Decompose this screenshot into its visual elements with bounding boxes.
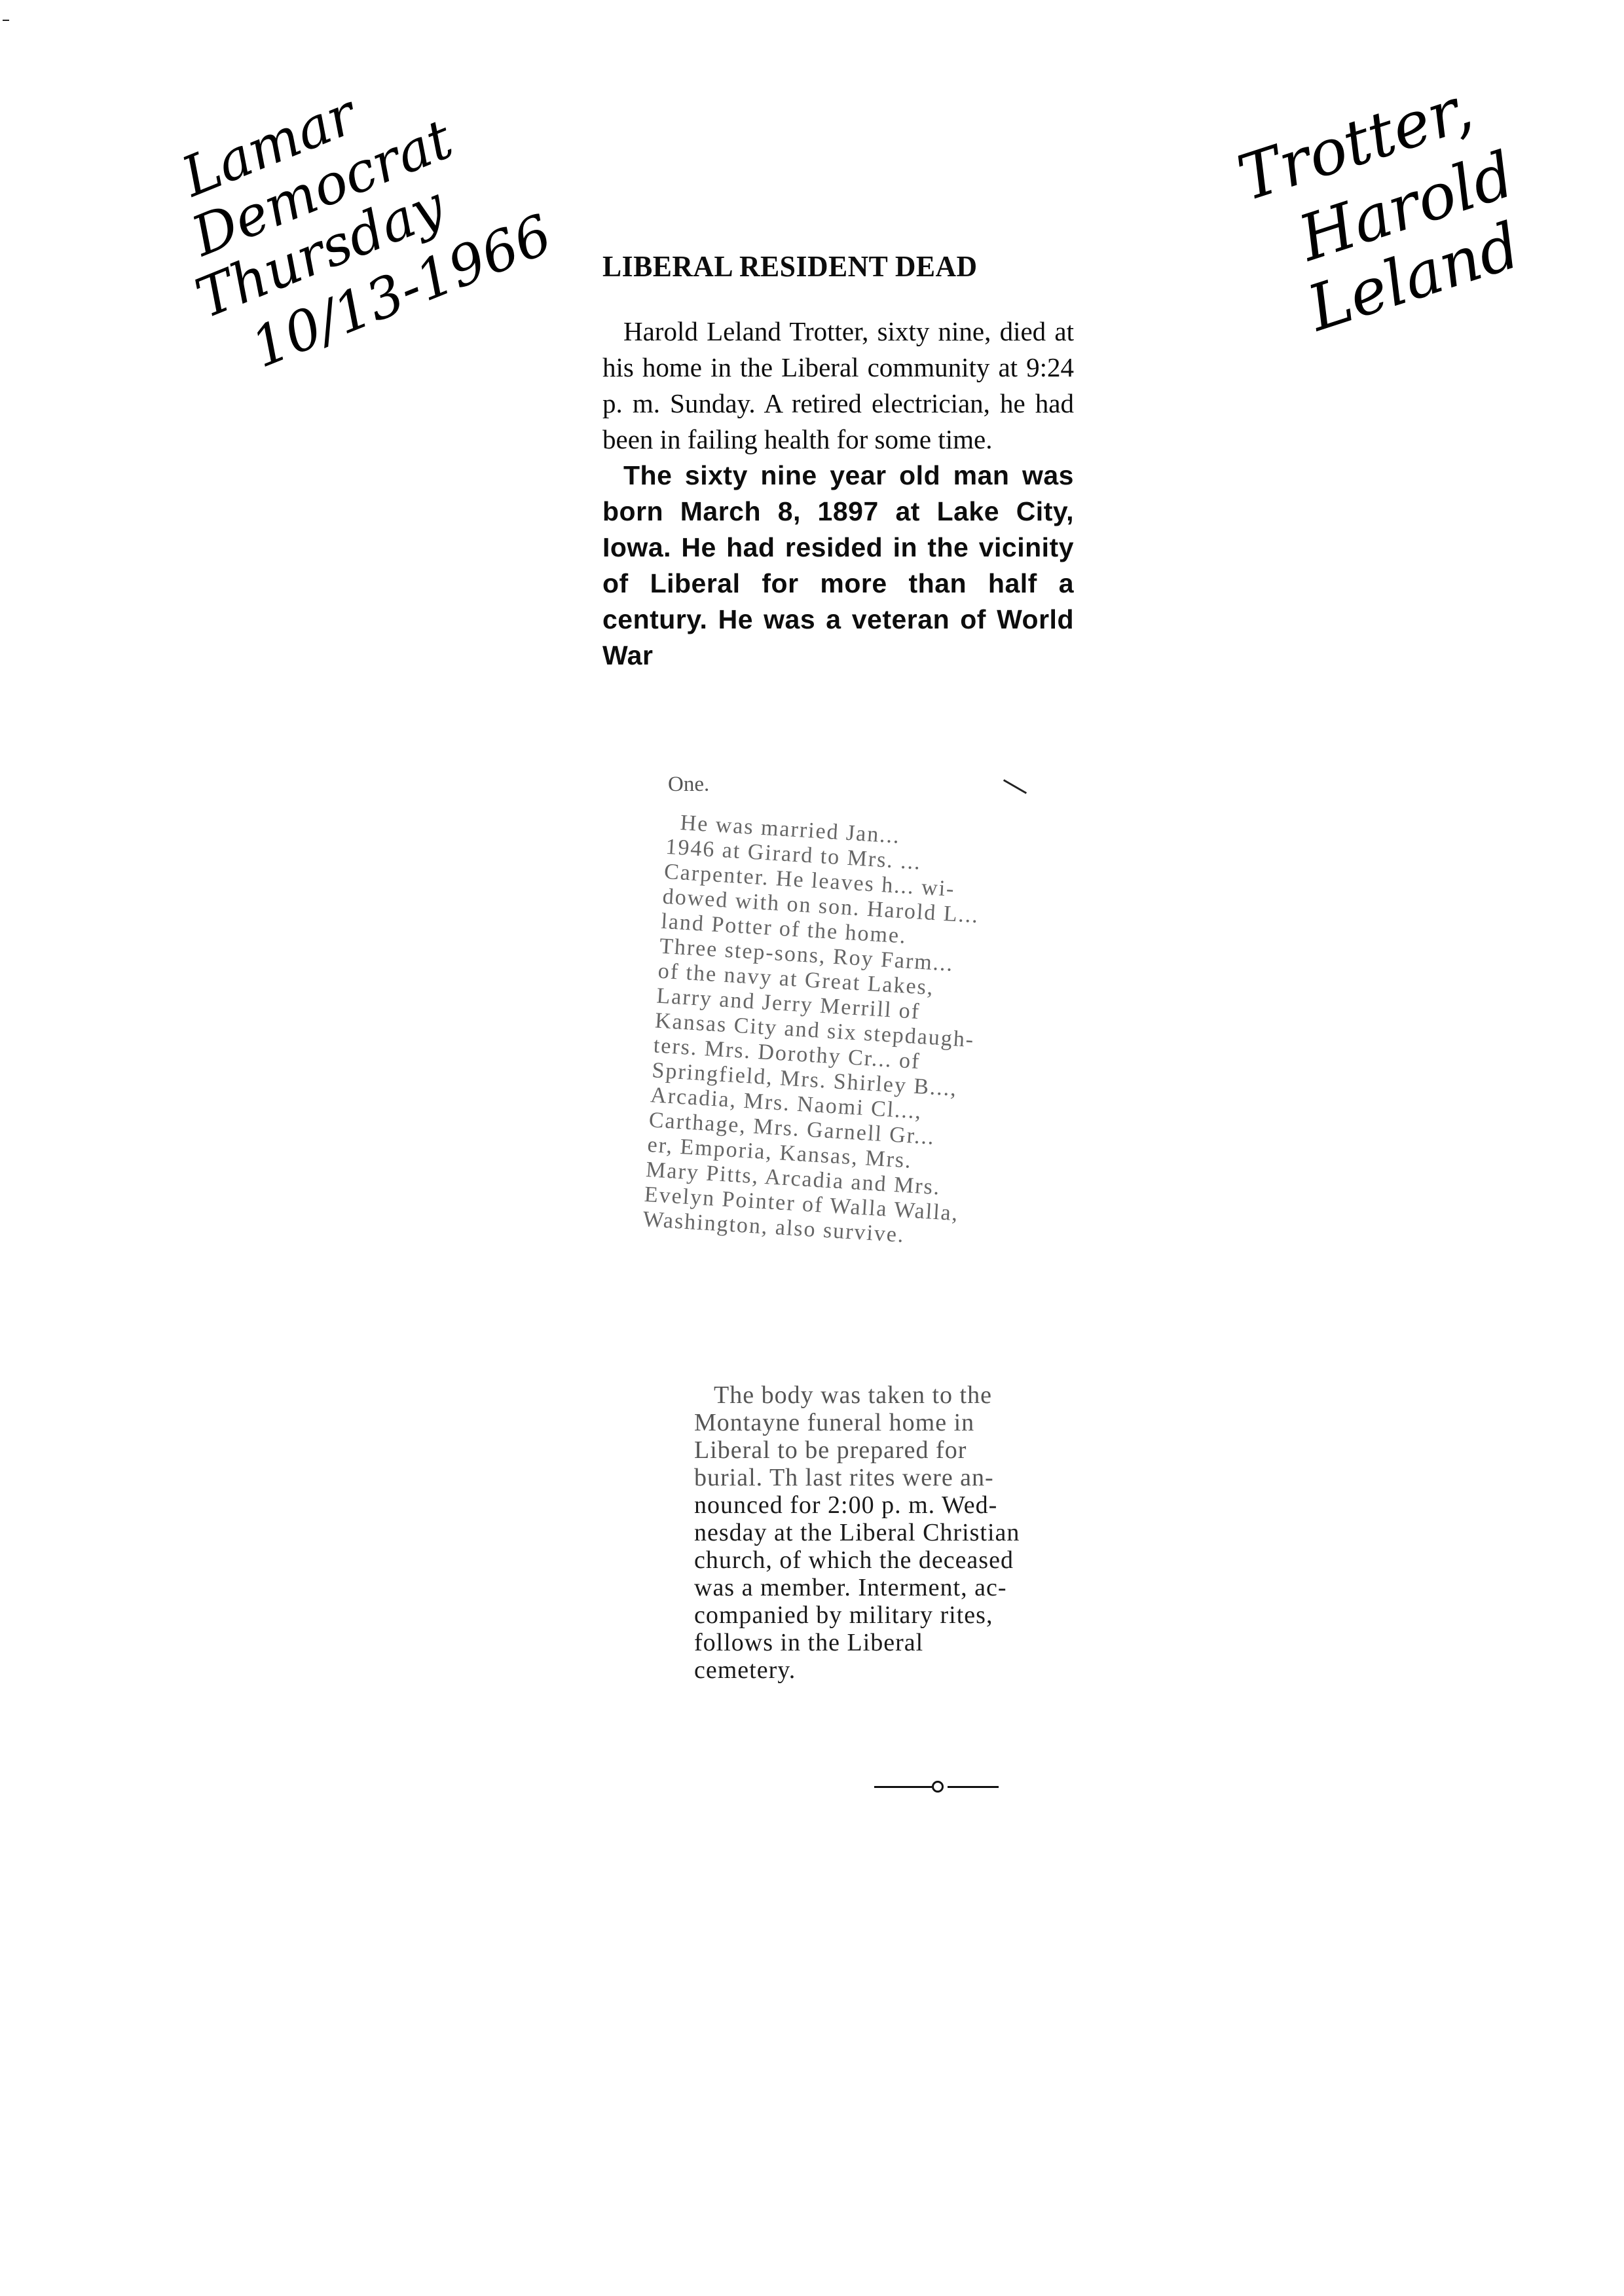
article-paragraph-1: Harold Leland Trotter, sixty nine, died … — [602, 314, 1074, 458]
article-line: companied by military rites, — [694, 1601, 1087, 1629]
article-line: was a member. Interment, ac- — [694, 1574, 1087, 1601]
scanned-page: Lamar Democrat Thursday 10/13-1966 Trott… — [0, 0, 1624, 2296]
article-line: Liberal to be prepared for — [694, 1436, 1087, 1464]
article-line: nounced for 2:00 p. m. Wed- — [694, 1491, 1087, 1519]
newspaper-clipping-upper: LIBERAL RESIDENT DEAD Harold Leland Trot… — [602, 249, 1074, 674]
end-of-article-mark — [874, 1781, 999, 1794]
article-paragraph-2: The sixty nine year old man was born Mar… — [602, 458, 1074, 674]
article-line: cemetery. — [694, 1656, 1087, 1684]
article-line: nesday at the Liberal Christian — [694, 1519, 1087, 1546]
article-line: The body was taken to the — [714, 1381, 1087, 1409]
scan-artifact — [3, 20, 9, 21]
article-line: burial. Th last rites were an- — [694, 1464, 1087, 1491]
article-paragraph-3: He was married Jan...1946 at Girard to M… — [642, 810, 1073, 1257]
article-line: church, of which the deceased — [694, 1546, 1087, 1574]
article-paragraph-2-end: One. — [668, 773, 1074, 797]
handwritten-source-note: Lamar Democrat Thursday 10/13-1966 — [151, 35, 559, 386]
newspaper-clipping-lower: One. He was married Jan...1946 at Girard… — [668, 773, 1074, 1233]
article-paragraph-4: The body was taken to theMontayne funera… — [694, 1381, 1087, 1684]
article-line: follows in the Liberal — [694, 1629, 1087, 1656]
handwritten-name-note: Trotter, Harold Leland — [1231, 70, 1543, 348]
article-headline: LIBERAL RESIDENT DEAD — [602, 249, 1050, 283]
article-line: Montayne funeral home in — [694, 1409, 1087, 1436]
